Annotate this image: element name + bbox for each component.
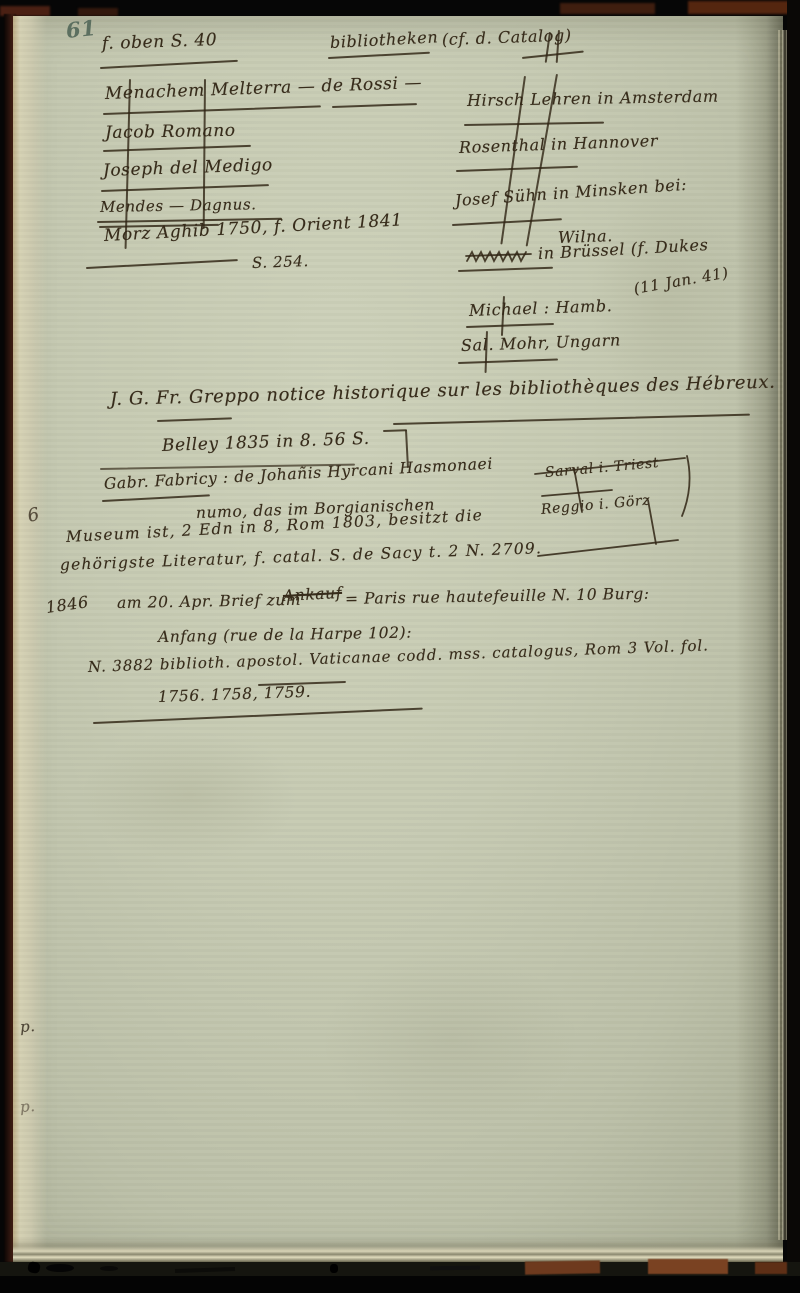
top-band-patch [560,3,655,14]
page-number-pencil: 61 [65,17,97,41]
scribbled-out-word [465,248,535,266]
next-page-partial-text [100,1266,118,1271]
bottom-black-band [0,1276,800,1293]
margin-mark: p. [19,1099,36,1115]
paris-entry-struck-word: Ankauf [283,586,343,605]
left-list-item: Jacob Romano [105,123,236,142]
section-title-paren: (cf. d. Catalog) [442,27,572,48]
paris-entry-line: am 20. Apr. Brief zum [117,593,301,612]
margin-mark: p. [19,1019,36,1035]
top-band-patch [688,1,800,14]
bottom-brown-patch [755,1262,787,1274]
bottom-brown-patch [525,1260,600,1274]
bottom-brown-patch [648,1259,728,1274]
next-page-partial-text [330,1264,338,1273]
right-list-item: Hirsch Lehren in Amsterdam [467,89,719,109]
header-ref-note: f. oben S. 40 [102,32,218,53]
left-list-ref: S. 254. [252,254,309,271]
top-band-patch [78,8,118,16]
right-dark-edge [787,0,800,1293]
next-page-partial-text [46,1264,74,1272]
scanned-manuscript-photo: 61 f. oben S. 40 bibliotheken (cf. d. Ca… [0,0,800,1293]
left-list-item: Mendes — Dagnus. [100,197,257,215]
